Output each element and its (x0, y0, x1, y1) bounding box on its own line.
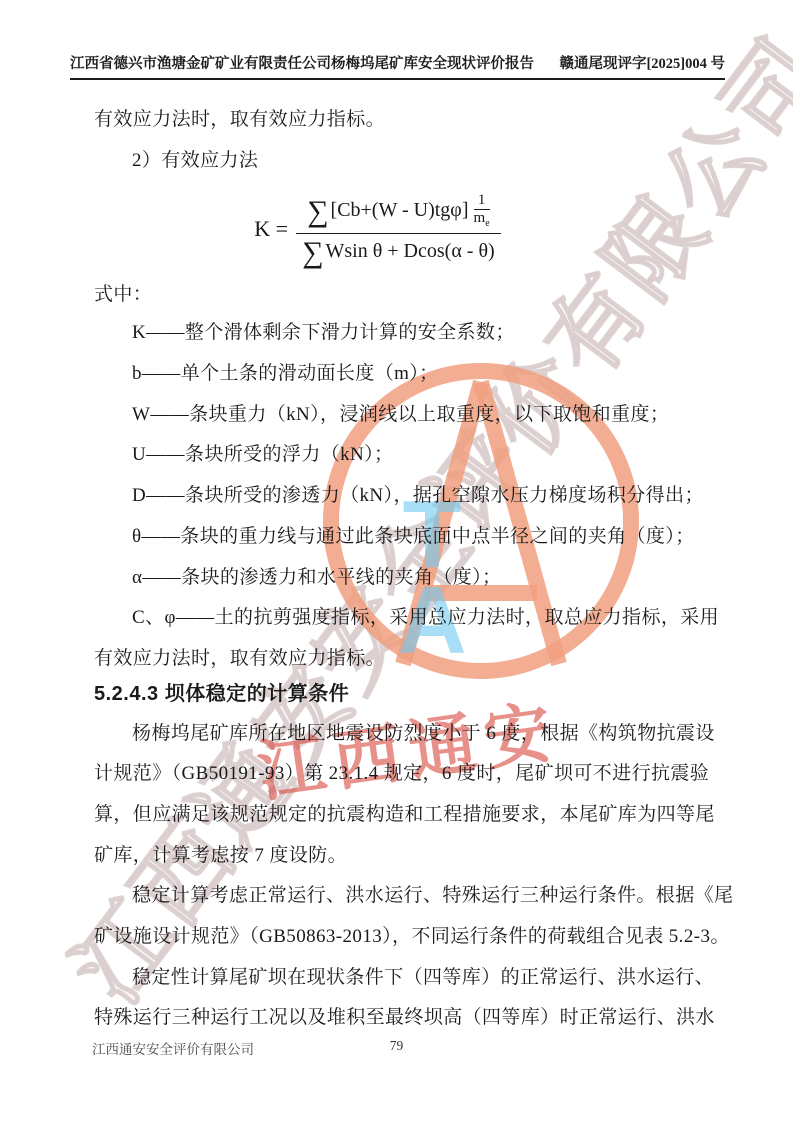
formula-where-label: 式中： (94, 277, 701, 313)
sigma-symbol: ∑ (302, 238, 323, 268)
text-line: D——条块所受的渗透力（kN），据孔空隙水压力梯度场积分得出； (94, 476, 701, 517)
text-line: 有效应力法时，取有效应力指标。 (94, 100, 701, 141)
header-document-number: 赣通尾现评字[2025]004 号 (559, 52, 725, 73)
formula-denominator: ∑ Wsin θ + Dcos(α - θ) (296, 234, 501, 267)
text-line: θ——条块的重力线与通过此条块底面中点半径之间的夹角（度）； (94, 517, 701, 558)
header-report-title: 江西省德兴市渔塘金矿矿业有限责任公司杨梅坞尾矿库安全现状评价报告 (70, 52, 534, 73)
page-header: 江西省德兴市渔塘金矿矿业有限责任公司杨梅坞尾矿库安全现状评价报告 赣通尾现评字[… (70, 52, 725, 80)
text-line: 特殊运行三种运行工况以及堆积至最终坝高（四等库）时正常运行、洪水 (94, 998, 701, 1039)
text-line: U——条块所受的浮力（kN）； (94, 435, 701, 476)
text-line: W——条块重力（kN），浸润线以上取重度，以下取饱和重度； (94, 395, 701, 436)
text-line: 稳定计算考虑正常运行、洪水运行、特殊运行三种运行条件。根据《尾 (94, 876, 701, 917)
text-line: 杨梅坞尾矿库所在地区地震设防烈度小于 6 度，根据《构筑物抗震设 (94, 714, 701, 755)
document-body: 有效应力法时，取有效应力指标。2）有效应力法 K = ∑ [Cb+(W - U)… (94, 100, 701, 1039)
document-page: 江西通安安全评价有限公司 T A 江西通安 江西省德兴市渔塘金矿矿业有限责任公司… (0, 0, 793, 1122)
paragraph-seismic: 杨梅坞尾矿库所在地区地震设防烈度小于 6 度，根据《构筑物抗震设计规范》（GB5… (94, 714, 701, 877)
safety-factor-formula: K = ∑ [Cb+(W - U)tgφ] 1 me ∑ Wsin θ + Dc… (54, 181, 701, 277)
paragraph-load-combinations: 稳定计算考虑正常运行、洪水运行、特殊运行三种运行条件。根据《尾矿设施设计规范》（… (94, 876, 701, 957)
section-heading: 5.2.4.3 坝体稳定的计算条件 (94, 674, 701, 714)
text-line: α——条块的渗透力和水平线的夹角（度）； (94, 558, 701, 599)
text-line: 稳定性计算尾矿坝在现状条件下（四等库）的正常运行、洪水运行、 (94, 958, 701, 999)
variable-definitions: K——整个滑体剩余下滑力计算的安全系数；b——单个土条的滑动面长度（m）；W——… (94, 313, 701, 679)
formula-lhs: K = (254, 216, 288, 242)
intro-lines: 有效应力法时，取有效应力指标。2）有效应力法 (94, 100, 701, 181)
numerator-bracket-term: [Cb+(W - U)tgφ] (331, 199, 469, 222)
paragraph-stability-cases: 稳定性计算尾矿坝在现状条件下（四等库）的正常运行、洪水运行、特殊运行三种运行工况… (94, 958, 701, 1039)
page-footer: 江西通安安全评价有限公司 79 (92, 1038, 723, 1058)
text-line: b——单个土条的滑动面长度（m）； (94, 354, 701, 395)
text-line: C、φ——土的抗剪强度指标，采用总应力法时，取总应力指标，采用 (94, 598, 701, 639)
text-line: 2）有效应力法 (94, 141, 701, 182)
one-over-me: 1 me (474, 192, 490, 230)
me-term: me (474, 210, 490, 230)
sigma-symbol: ∑ (307, 197, 328, 227)
text-line: 计规范》（GB50191-93）第 23.1.4 规定，6 度时，尾矿坝可不进行… (94, 754, 701, 795)
denominator-term: Wsin θ + Dcos(α - θ) (325, 240, 494, 263)
text-line: 矿库，计算考虑按 7 度设防。 (94, 836, 701, 877)
formula-numerator: ∑ [Cb+(W - U)tgφ] 1 me (296, 192, 501, 234)
text-line: K——整个滑体剩余下滑力计算的安全系数； (94, 313, 701, 354)
formula-fraction: ∑ [Cb+(W - U)tgφ] 1 me ∑ Wsin θ + Dcos(α… (296, 192, 501, 267)
text-line: 算，但应满足该规范规定的抗震构造和工程措施要求，本尾矿库为四等尾 (94, 795, 701, 836)
text-line: 矿设施设计规范》（GB50863-2013），不同运行条件的荷载组合见表 5.2… (94, 917, 701, 958)
footer-page-number: 79 (92, 1038, 701, 1054)
